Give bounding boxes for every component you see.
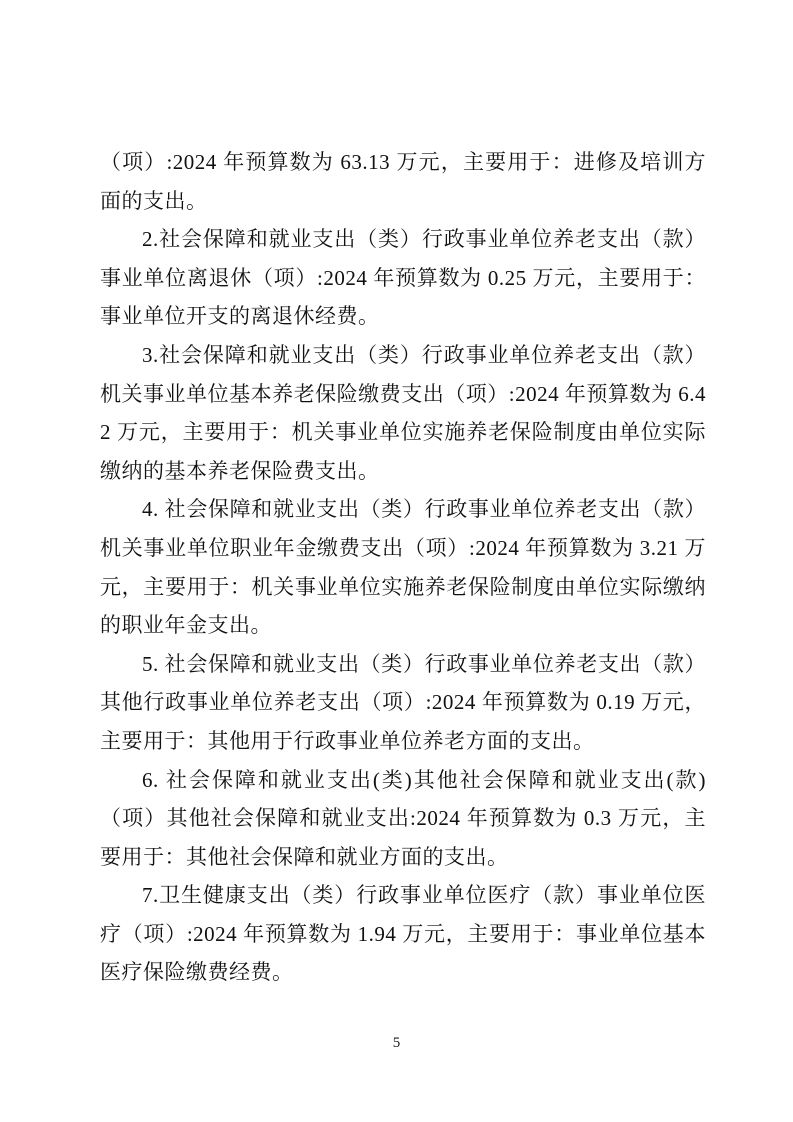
paragraph-item-5: 5. 社会保障和就业支出（类）行政事业单位养老支出（款）其他行政事业单位养老支出… — [100, 645, 706, 761]
paragraph-item-6: 6. 社会保障和就业支出(类)其他社会保障和就业支出(款)（项）其他社会保障和就… — [100, 761, 706, 877]
paragraph-continuation: （项）:2024 年预算数为 63.13 万元，主要用于：进修及培训方面的支出。 — [100, 143, 706, 220]
page-footer: 5 — [0, 1034, 793, 1052]
page-number: 5 — [393, 1035, 401, 1051]
paragraph-item-3: 3.社会保障和就业支出（类）行政事业单位养老支出（款）机关事业单位基本养老保险缴… — [100, 336, 706, 490]
document-body: （项）:2024 年预算数为 63.13 万元，主要用于：进修及培训方面的支出。… — [100, 143, 706, 992]
document-page: （项）:2024 年预算数为 63.13 万元，主要用于：进修及培训方面的支出。… — [0, 0, 793, 1122]
paragraph-item-7: 7.卫生健康支出（类）行政事业单位医疗（款）事业单位医疗（项）:2024 年预算… — [100, 876, 706, 992]
paragraph-item-2: 2.社会保障和就业支出（类）行政事业单位养老支出（款）事业单位离退休（项）:20… — [100, 220, 706, 336]
paragraph-item-4: 4. 社会保障和就业支出（类）行政事业单位养老支出（款）机关事业单位职业年金缴费… — [100, 490, 706, 644]
